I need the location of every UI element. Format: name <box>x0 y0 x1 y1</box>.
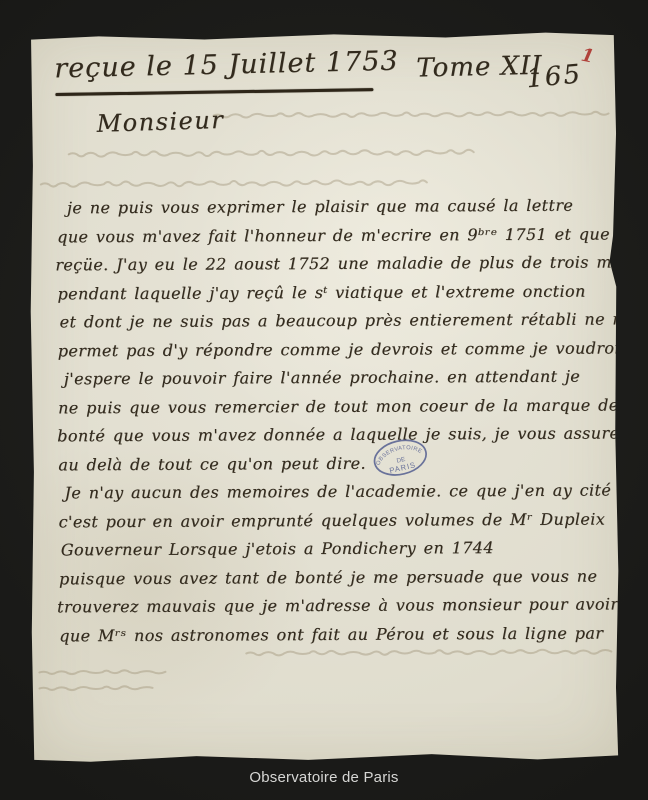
red-folio-mark: 1 <box>579 45 596 68</box>
letter-line: bonté que vous m'avez donnée a laquelle … <box>57 419 614 450</box>
received-date-underline <box>55 88 373 96</box>
letter-line: au delà de tout ce qu'on peut dire. <box>58 448 614 479</box>
letter-line: j'espere le pouvoir faire l'année procha… <box>64 362 614 393</box>
letter-line: ne puis que vous remercier de tout mon c… <box>58 391 614 422</box>
letter-line: permet pas d'y répondre comme je devrois… <box>58 334 614 365</box>
letter-line: trouverez mauvais que je m'adresse à vou… <box>57 590 615 621</box>
letter-body: je ne puis vous exprimer le plaisir que … <box>57 191 615 650</box>
stamp-bottom-text: PARIS <box>389 460 417 475</box>
volume-annotation: Tome XII <box>416 51 543 84</box>
letter-line: que Mʳˢ nos astronomes ont fait au Pérou… <box>59 619 615 650</box>
letter-page: reçue le 15 Juillet 1753 Tome XII 165 1 … <box>28 31 620 763</box>
photograph: reçue le 15 Juillet 1753 Tome XII 165 1 … <box>0 0 648 800</box>
letter-line: reçüe. J'ay eu le 22 aoust 1752 une mala… <box>55 248 613 279</box>
received-date-annotation: reçue le 15 Juillet 1753 <box>54 46 399 85</box>
folio-number: 165 <box>525 59 583 94</box>
letter-line: je ne puis vous exprimer le plaisir que … <box>67 191 613 222</box>
letter-line: pendant laquelle j'ay reçû le sᵗ viatiqu… <box>57 277 613 308</box>
letter-line: puisque vous avez tant de bonté je me pe… <box>59 562 615 593</box>
salutation: Monsieur <box>96 106 224 138</box>
letter-line: Gouverneur Lorsque j'etois a Pondichery … <box>61 533 615 564</box>
letter-line: Je n'ay aucun des memoires de l'academie… <box>64 476 614 507</box>
photo-caption: Observatoire de Paris <box>0 769 648 786</box>
letter-line: c'est pour en avoir emprunté quelques vo… <box>59 505 615 536</box>
letter-line: que vous m'avez fait l'honneur de m'ecri… <box>57 220 613 251</box>
letter-line: et dont je ne suis pas a beaucoup près e… <box>60 305 614 336</box>
